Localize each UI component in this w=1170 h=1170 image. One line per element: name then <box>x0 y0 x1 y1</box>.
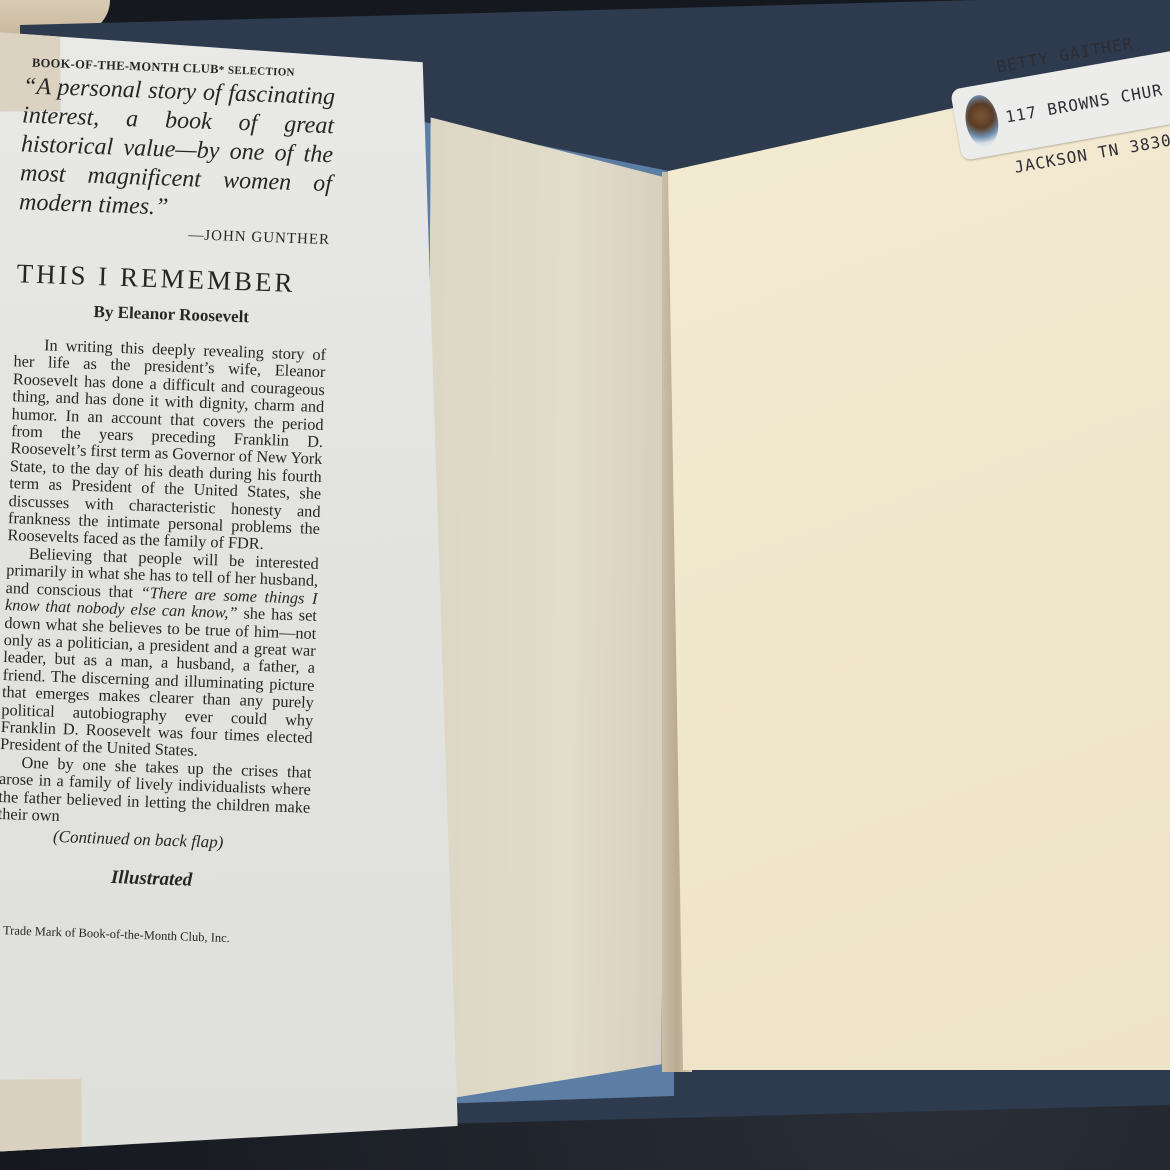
book-title: THIS I REMEMBER <box>16 258 329 300</box>
front-endpaper <box>425 117 666 1103</box>
book-description: In writing this deeply revealing story o… <box>0 335 326 833</box>
description-paragraph: Believing that people will be interested… <box>0 544 319 764</box>
address-line-street: 117 BROWNS CHUR <box>1004 81 1164 125</box>
flap-text: BOOK-OF-THE-MONTH CLUB* SELECTION “A per… <box>0 55 336 949</box>
free-endpaper-page <box>668 60 1170 1070</box>
selection-label: SELECTION <box>228 65 295 79</box>
trademark-mark: * <box>218 64 224 76</box>
trademark-note: • Trade Mark of Book-of-the-Month Club, … <box>0 923 306 949</box>
description-paragraph: One by one she takes up the crises that … <box>0 753 312 833</box>
illustrated-note: Illustrated <box>0 863 308 896</box>
description-paragraph: In writing this deeply revealing story o… <box>7 335 326 555</box>
address-lines: BETTY GAITHER 117 BROWNS CHUR JACKSON TN… <box>989 0 1170 209</box>
bird-icon <box>962 93 1003 150</box>
address-line-city: JACKSON TN 3830 <box>1013 131 1170 175</box>
tape-piece <box>0 1079 82 1160</box>
book-author: By Eleanor Roosevelt <box>15 299 328 330</box>
address-line-name: BETTY GAITHER <box>995 30 1155 74</box>
review-quote: “A personal story of fascinating interes… <box>19 72 336 228</box>
dust-jacket-flap: BOOK-OF-THE-MONTH CLUB* SELECTION “A per… <box>0 28 458 1151</box>
paragraph-text: she has set down what she believes to be… <box>0 603 317 760</box>
